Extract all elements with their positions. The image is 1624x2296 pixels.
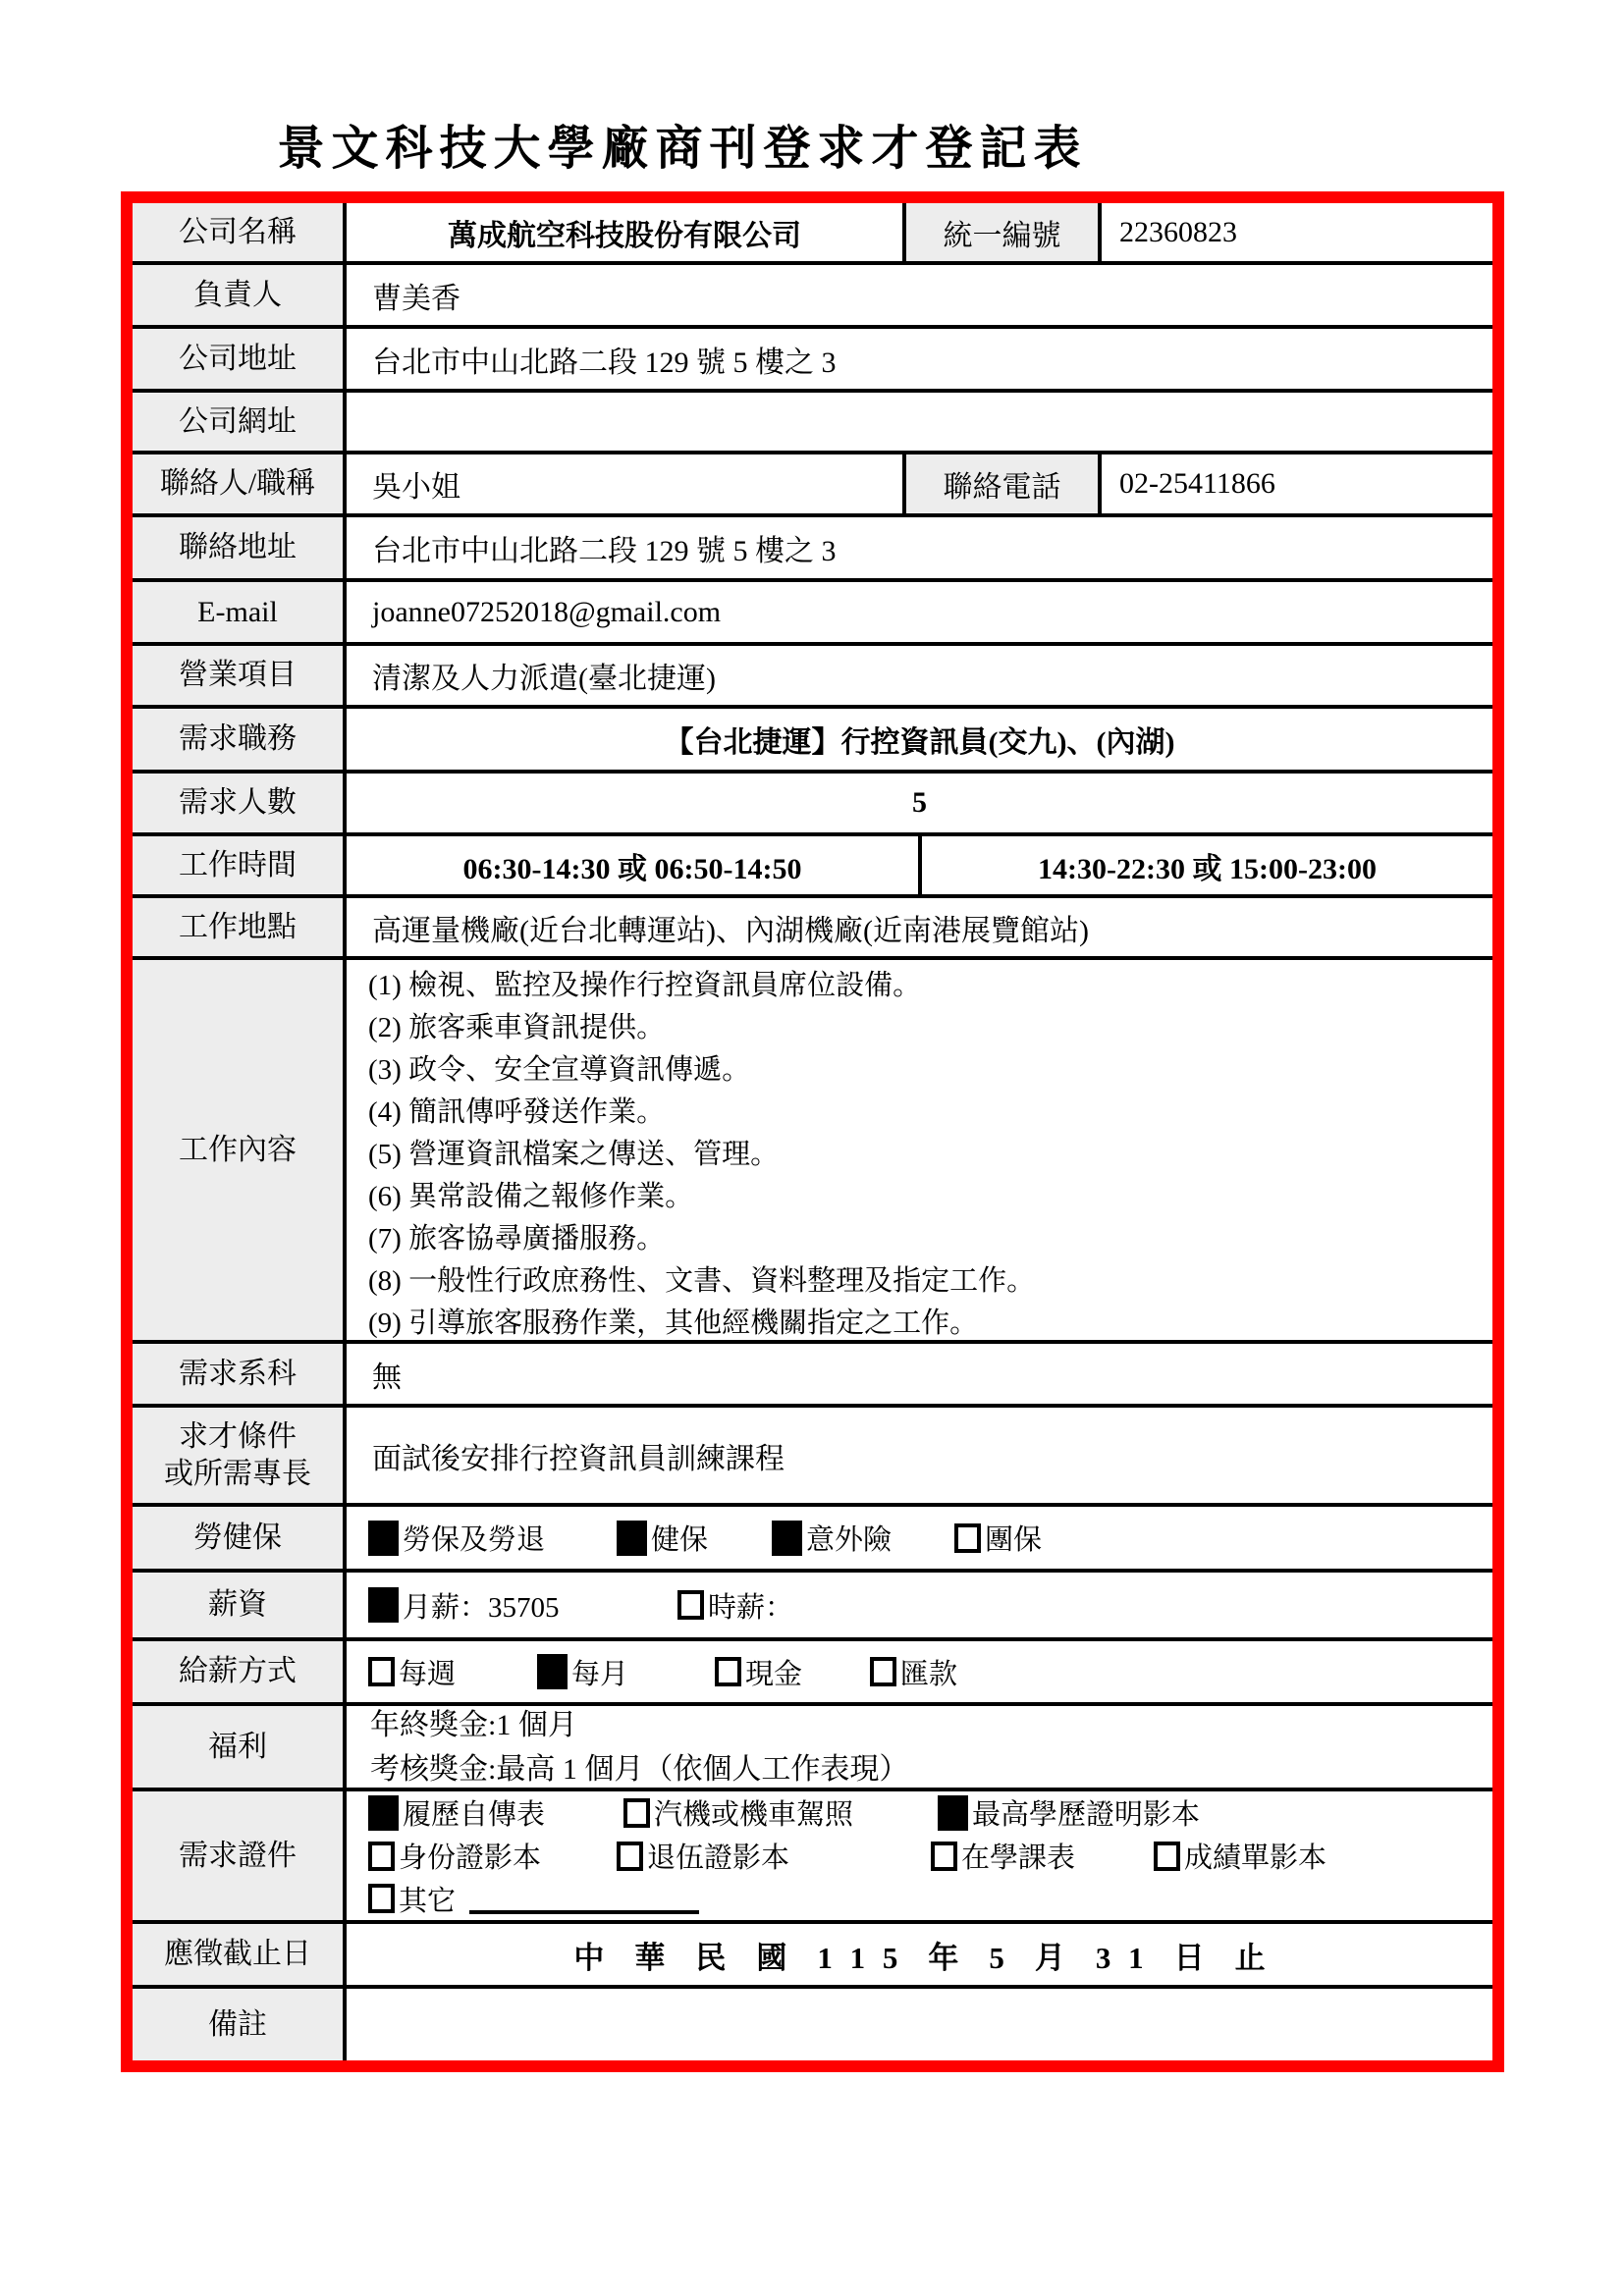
- company-address-label: 公司地址: [133, 329, 347, 389]
- checkbox-label: 每週: [399, 1652, 456, 1692]
- row-requirements: 求才條件 或所需專長 面試後安排行控資訊員訓練課程: [133, 1408, 1492, 1507]
- payment-option: 匯款: [870, 1652, 957, 1692]
- row-required-documents: 需求證件 履歷自傳表 汽機或機車駕照 最高學歷證明影本: [133, 1791, 1492, 1924]
- contact-phone-label: 聯絡電話: [906, 454, 1102, 513]
- salary-label: 薪資: [133, 1573, 347, 1637]
- welfare-value: 年終獎金:1 個月 考核獎金:最高 1 個月（依個人工作表現）: [347, 1706, 1492, 1788]
- row-job-description: 工作內容 (1) 檢視、監控及操作行控資訊員席位設備。 (2) 旅客乘車資訊提供…: [133, 960, 1492, 1344]
- contact-address-value: 台北市中山北路二段 129 號 5 樓之 3: [347, 517, 1492, 578]
- checkbox-label: 每月: [571, 1652, 628, 1692]
- document-option: 在學課表: [931, 1836, 1154, 1876]
- checkbox-label: 退伍證影本: [647, 1836, 789, 1876]
- owner-label: 負責人: [133, 265, 347, 325]
- document-option: 退伍證影本: [617, 1836, 931, 1876]
- checkbox-label: 現金: [745, 1652, 802, 1692]
- insurance-option: 意外險: [772, 1518, 954, 1558]
- requirements-label: 求才條件 或所需專長: [133, 1408, 347, 1503]
- headcount-label: 需求人數: [133, 774, 347, 832]
- row-contact-person: 聯絡人/職稱 吳小姐 聯絡電話 02-25411866: [133, 454, 1492, 517]
- checkbox-class-schedule-icon: [931, 1842, 957, 1871]
- document-option: 汽機或機車駕照: [623, 1792, 938, 1833]
- checkbox-hourly-salary-icon: [677, 1590, 704, 1620]
- job-duty-item: (4) 簡訊傳呼發送作業。: [368, 1092, 1483, 1134]
- row-position: 需求職務 【台北捷運】行控資訊員(交九)、(內湖): [133, 709, 1492, 774]
- work-hours-evening: 14:30-22:30 或 15:00-23:00: [922, 836, 1492, 894]
- checkbox-accident-insurance-icon: [772, 1521, 802, 1556]
- checkbox-group-insurance-icon: [954, 1523, 981, 1553]
- row-company-name: 公司名稱 萬成航空科技股份有限公司 統一編號 22360823: [133, 203, 1492, 265]
- contact-address-label: 聯絡地址: [133, 517, 347, 578]
- contact-phone-value: 02-25411866: [1102, 454, 1492, 513]
- application-deadline-value: 中 華 民 國 1 1 5 年 5 月 3 1 日 止: [347, 1924, 1492, 1985]
- checkbox-label: 在學課表: [961, 1836, 1075, 1876]
- job-duty-item: (5) 營運資訊檔案之傳送、管理。: [368, 1134, 1483, 1176]
- document-option-other: 其它: [368, 1879, 456, 1919]
- other-fill-in-line: [469, 1883, 699, 1914]
- checkbox-label: 汽機或機車駕照: [654, 1792, 853, 1833]
- row-headcount: 需求人數 5: [133, 774, 1492, 836]
- company-name-value: 萬成航空科技股份有限公司: [347, 203, 906, 261]
- work-location-label: 工作地點: [133, 898, 347, 956]
- checkbox-diploma-copy-icon: [938, 1795, 968, 1831]
- company-website-label: 公司網址: [133, 393, 347, 451]
- headcount-value: 5: [347, 774, 1492, 832]
- checkbox-monthly-icon: [537, 1654, 568, 1689]
- job-duty-item: (3) 政令、安全宣導資訊傳遞。: [368, 1049, 1483, 1092]
- tax-id-label: 統一編號: [906, 203, 1102, 261]
- checkbox-label: 勞保及勞退: [403, 1518, 545, 1558]
- documents-line-1: 履歷自傳表 汽機或機車駕照 最高學歷證明影本: [368, 1791, 1492, 1835]
- payment-method-label: 給薪方式: [133, 1641, 347, 1702]
- remarks-value: [347, 1989, 1492, 2060]
- email-value: joanne07252018@gmail.com: [347, 582, 1492, 642]
- email-label: E-mail: [133, 582, 347, 642]
- required-department-value: 無: [347, 1344, 1492, 1404]
- checkbox-weekly-icon: [368, 1657, 395, 1686]
- job-duty-item: (9) 引導旅客服務作業，其他經機關指定之工作。: [368, 1303, 1483, 1345]
- row-business-items: 營業項目 清潔及人力派遣(臺北捷運): [133, 646, 1492, 709]
- checkbox-labor-insurance-icon: [368, 1521, 399, 1556]
- checkbox-label: 履歷自傳表: [403, 1792, 545, 1833]
- contact-person-label: 聯絡人/職稱: [133, 454, 347, 513]
- business-items-label: 營業項目: [133, 646, 347, 705]
- checkbox-label: 月薪：35705: [403, 1585, 560, 1626]
- work-location-value: 高運量機廠(近台北轉運站)、內湖機廠(近南港展覽館站): [347, 898, 1492, 956]
- documents-line-2: 身份證影本 退伍證影本 在學課表 成績單影本: [368, 1835, 1492, 1878]
- job-duty-item: (6) 異常設備之報修作業。: [368, 1176, 1483, 1218]
- salary-hourly-option: 時薪：: [677, 1585, 793, 1626]
- checkbox-drivers-license-icon: [623, 1798, 650, 1828]
- document-option: 最高學歷證明影本: [938, 1792, 1200, 1833]
- requirements-label-line2: 或所需專長: [164, 1456, 311, 1493]
- row-contact-address: 聯絡地址 台北市中山北路二段 129 號 5 樓之 3: [133, 517, 1492, 582]
- checkbox-resume-icon: [368, 1795, 399, 1831]
- payment-option: 每週: [368, 1652, 537, 1692]
- tax-id-value: 22360823: [1102, 203, 1492, 261]
- row-remarks: 備註: [133, 1989, 1492, 2060]
- document-option: 身份證影本: [368, 1836, 617, 1876]
- required-department-label: 需求系科: [133, 1344, 347, 1404]
- row-company-address: 公司地址 台北市中山北路二段 129 號 5 樓之 3: [133, 329, 1492, 393]
- checkbox-label: 其它: [399, 1879, 456, 1919]
- payment-method-options: 每週 每月 現金 匯款: [347, 1641, 1492, 1702]
- requirements-label-line1: 求才條件: [179, 1418, 297, 1456]
- requirements-value: 面試後安排行控資訊員訓練課程: [347, 1408, 1492, 1503]
- row-work-hours: 工作時間 06:30-14:30 或 06:50-14:50 14:30-22:…: [133, 836, 1492, 898]
- recruitment-form-table: 公司名稱 萬成航空科技股份有限公司 統一編號 22360823 負責人 曹美香 …: [121, 191, 1504, 2072]
- checkbox-label: 健保: [651, 1518, 708, 1558]
- row-application-deadline: 應徵截止日 中 華 民 國 1 1 5 年 5 月 3 1 日 止: [133, 1924, 1492, 1989]
- company-name-label: 公司名稱: [133, 203, 347, 261]
- job-description-list: (1) 檢視、監控及操作行控資訊員席位設備。 (2) 旅客乘車資訊提供。 (3)…: [347, 960, 1492, 1340]
- contact-person-value: 吳小姐: [347, 454, 906, 513]
- documents-line-3: 其它: [368, 1877, 1492, 1920]
- welfare-line: 考核獎金:最高 1 個月（依個人工作表現）: [370, 1747, 1492, 1791]
- checkbox-cash-icon: [715, 1657, 741, 1686]
- checkbox-other-icon: [368, 1884, 395, 1913]
- payment-option: 現金: [715, 1652, 870, 1692]
- job-duty-item: (7) 旅客協尋廣播服務。: [368, 1218, 1483, 1260]
- position-label: 需求職務: [133, 709, 347, 770]
- row-required-department: 需求系科 無: [133, 1344, 1492, 1408]
- document-option: 履歷自傳表: [368, 1792, 623, 1833]
- salary-options: 月薪：35705 時薪：: [347, 1573, 1492, 1637]
- checkbox-transcript-copy-icon: [1154, 1842, 1180, 1871]
- required-documents-label: 需求證件: [133, 1791, 347, 1920]
- work-hours-morning: 06:30-14:30 或 06:50-14:50: [347, 836, 922, 894]
- salary-monthly-option: 月薪：35705: [368, 1585, 677, 1626]
- company-address-value: 台北市中山北路二段 129 號 5 樓之 3: [347, 329, 1492, 389]
- business-items-value: 清潔及人力派遣(臺北捷運): [347, 646, 1492, 705]
- job-duty-item: (8) 一般性行政庶務性、文書、資料整理及指定工作。: [368, 1260, 1483, 1303]
- insurance-label: 勞健保: [133, 1507, 347, 1569]
- position-value: 【台北捷運】行控資訊員(交九)、(內湖): [347, 709, 1492, 770]
- owner-value: 曹美香: [347, 265, 1492, 325]
- insurance-options: 勞保及勞退 健保 意外險 團保: [347, 1507, 1492, 1569]
- checkbox-label: 最高學歷證明影本: [972, 1792, 1200, 1833]
- checkbox-remittance-icon: [870, 1657, 896, 1686]
- checkbox-health-insurance-icon: [617, 1521, 647, 1556]
- checkbox-label: 身份證影本: [399, 1836, 541, 1876]
- insurance-option: 勞保及勞退: [368, 1518, 617, 1558]
- checkbox-label: 匯款: [900, 1652, 957, 1692]
- welfare-label: 福利: [133, 1706, 347, 1788]
- row-company-website: 公司網址: [133, 393, 1492, 454]
- page-title: 景文科技大學廠商刊登求才登記表: [0, 110, 1365, 178]
- checkbox-label: 意外險: [806, 1518, 892, 1558]
- row-payment-method: 給薪方式 每週 每月 現金 匯款: [133, 1641, 1492, 1706]
- row-insurance: 勞健保 勞保及勞退 健保 意外險 團保: [133, 1507, 1492, 1573]
- job-description-label: 工作內容: [133, 960, 347, 1340]
- row-email: E-mail joanne07252018@gmail.com: [133, 582, 1492, 646]
- welfare-line: 年終獎金:1 個月: [370, 1703, 1492, 1747]
- row-welfare: 福利 年終獎金:1 個月 考核獎金:最高 1 個月（依個人工作表現）: [133, 1706, 1492, 1791]
- checkbox-discharge-copy-icon: [617, 1842, 643, 1871]
- insurance-option: 健保: [617, 1518, 772, 1558]
- document-option: 成績單影本: [1154, 1836, 1326, 1876]
- checkbox-label: 成績單影本: [1184, 1836, 1326, 1876]
- checkbox-label: 團保: [985, 1518, 1042, 1558]
- checkbox-id-copy-icon: [368, 1842, 395, 1871]
- payment-option: 每月: [537, 1652, 715, 1692]
- row-salary: 薪資 月薪：35705 時薪：: [133, 1573, 1492, 1641]
- job-duty-item: (1) 檢視、監控及操作行控資訊員席位設備。: [368, 965, 1483, 1007]
- company-website-value: [347, 393, 1492, 451]
- insurance-option: 團保: [954, 1518, 1042, 1558]
- row-work-location: 工作地點 高運量機廠(近台北轉運站)、內湖機廠(近南港展覽館站): [133, 898, 1492, 960]
- row-owner: 負責人 曹美香: [133, 265, 1492, 329]
- required-documents-options: 履歷自傳表 汽機或機車駕照 最高學歷證明影本 身份證影本 退: [347, 1791, 1492, 1920]
- job-duty-item: (2) 旅客乘車資訊提供。: [368, 1007, 1483, 1049]
- remarks-label: 備註: [133, 1989, 347, 2060]
- application-deadline-label: 應徵截止日: [133, 1924, 347, 1985]
- checkbox-monthly-salary-icon: [368, 1587, 399, 1623]
- checkbox-label: 時薪：: [708, 1585, 793, 1626]
- work-hours-label: 工作時間: [133, 836, 347, 894]
